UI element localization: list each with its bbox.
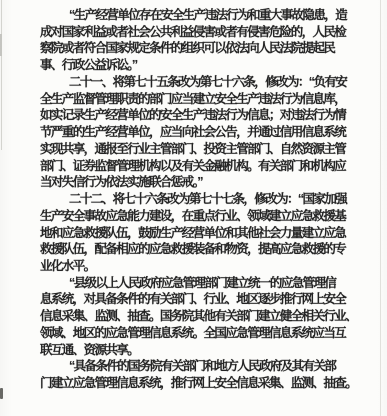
text-line: 如实记录生产经营单位的安全生产违法行为信息；对违法行为情 [40,107,342,124]
text-line: 二十一、将第七十五条改为第七十六条，修改为：“负有安 [40,74,342,91]
text-line: 事、行政公益诉讼。” [40,57,342,74]
text-line: 业化水平。 [40,258,342,275]
text-line: 救援队伍，配备相应的应急救援装备和物资，提高应急救援的专 [40,241,342,258]
scan-artifact-left-line [1,0,2,150]
document-text-block: “生产经营单位存在安全生产违法行为和重大事故隐患，造 成对国家利益或者社会公共利… [40,7,342,392]
text-line: 二十二、将七十六条改为第七十七条，修改为：“国家加强 [40,191,342,208]
text-line: “具备条件的国务院有关部门和地方人民政府及其有关部 [40,358,342,375]
scan-artifact-bottom-left-smudge [0,388,3,399]
text-line: 门建立应急管理信息系统，推行网上安全信息采集、监测、抽查。 [40,375,342,392]
scan-artifact-right-line [380,0,381,416]
text-line: 联互通、资源共享。 [40,342,342,359]
text-line: 信息采集、监测、抽查。国务院其他有关部门建立健全相关行业、 [40,308,342,325]
text-line: 息系统，对具备条件的有关部门、行业、地区逐步推行网上安全 [40,291,342,308]
text-line: “县级以上人民政府应急管理部门建立统一的应急管理信 [40,275,342,292]
document-page: “生产经营单位存在安全生产违法行为和重大事故隐患，造 成对国家利益或者社会公共利… [0,0,387,416]
text-line: 成对国家利益或者社会公共利益侵害或者有侵害危险的，人民检 [40,24,342,41]
text-line: 全生产监督管理职责的部门应当建立安全生产违法行为信息库， [40,91,342,108]
text-line: 当对失信行为依法实施联合惩戒。” [40,174,342,191]
text-line: 领域、地区的应急管理信息系统。全国应急管理信息系统应当互 [40,325,342,342]
text-line: 生产安全事故应急能力建设，在重点行业、领域建立应急救援基 [40,208,342,225]
text-line: 察院或者符合国家规定条件的组织可以依法向人民法院提起民 [40,40,342,57]
text-line: 节严重的生产经营单位，应当向社会公告，并通过信用信息系统 [40,124,342,141]
text-line: 实现共享，通报至行业主管部门、投资主管部门、自然资源主管 [40,141,342,158]
scan-artifact-top-left-smudge [0,34,2,56]
text-line: 地和应急救援队伍，鼓励生产经营单位和其他社会力量建立应急 [40,225,342,242]
text-line: 部门、证券监督管理机构以及有关金融机构。有关部门和机构应 [40,158,342,175]
text-line: “生产经营单位存在安全生产违法行为和重大事故隐患，造 [40,7,342,24]
